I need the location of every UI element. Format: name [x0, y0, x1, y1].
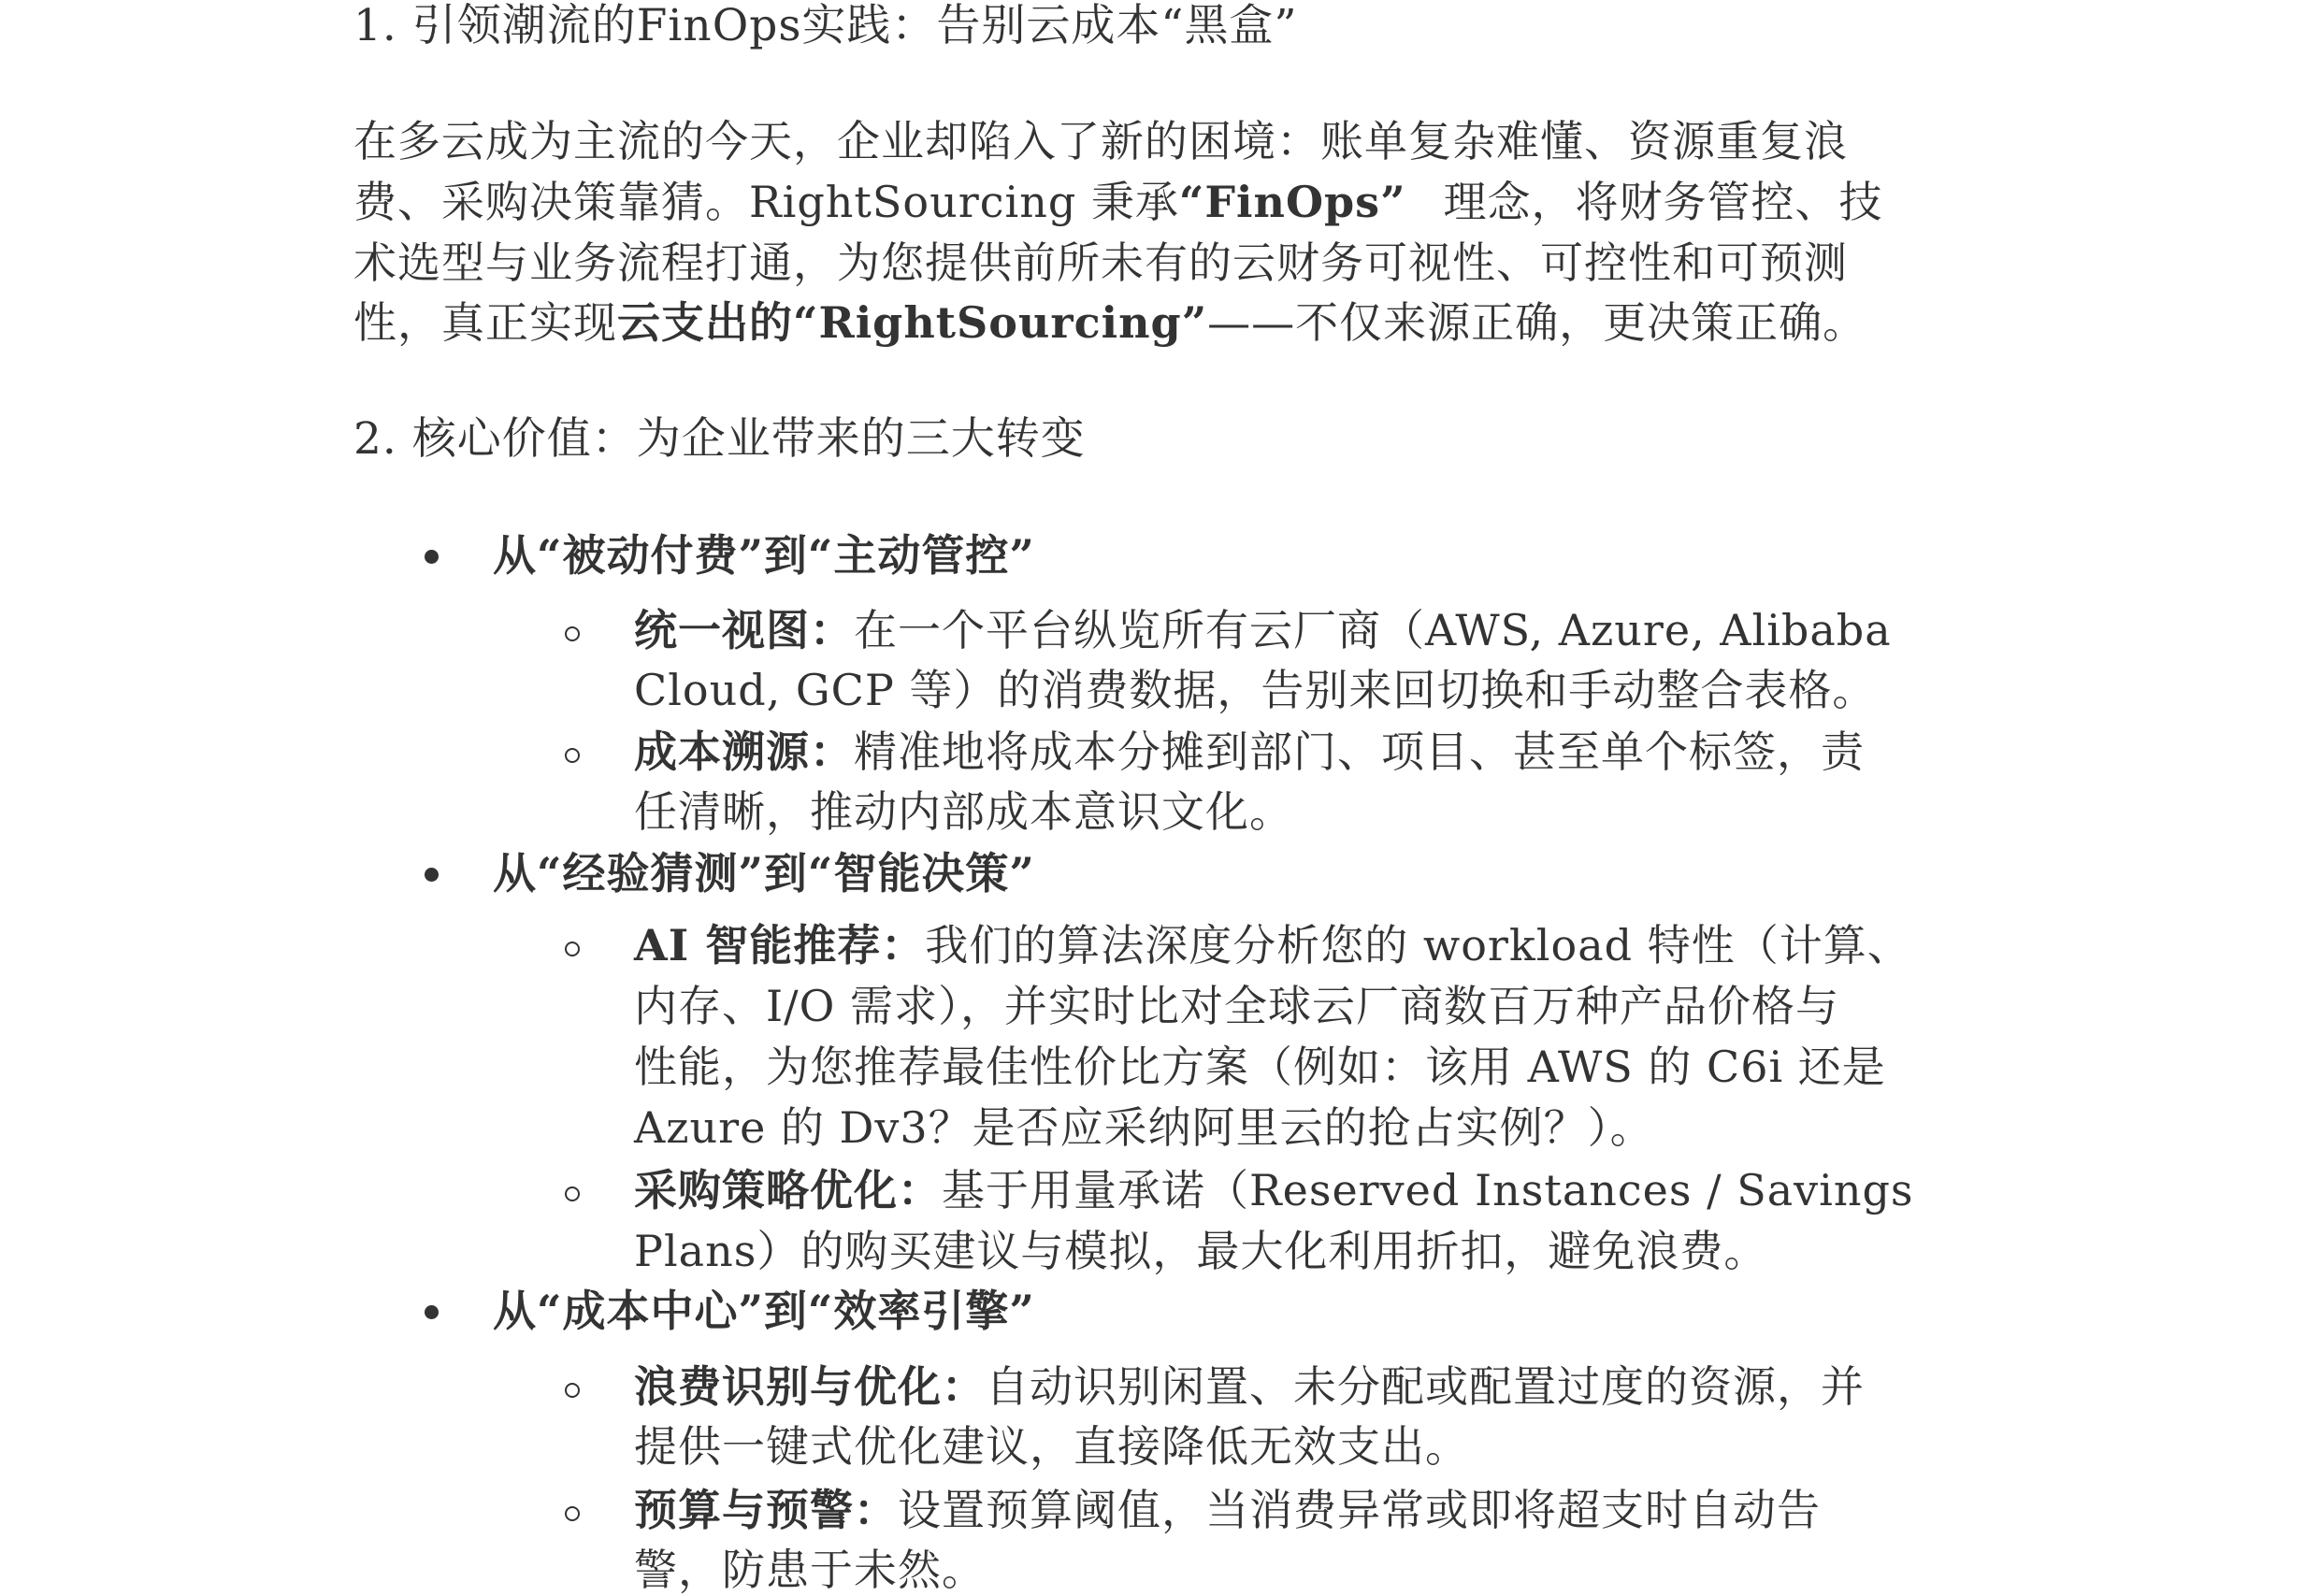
bullet-icon [425, 868, 439, 882]
paragraph-text: ——不仅来源正确，更决策正确。 [1207, 297, 1866, 348]
sub-item-continuation: 提供一键式优化建议，直接降低无效支出。 [634, 1416, 1469, 1476]
document-page: 1. 引领潮流的FinOps实践：告别云成本“黑盒” 在多云成为主流的今天，企业… [0, 0, 2320, 1596]
sub-item-continuation: 性能，为您推荐最佳性价比方案（例如：该用 AWS 的 C6i 还是 [634, 1037, 1886, 1097]
sub-bullet-icon [565, 1186, 580, 1201]
sub-item-label: 成本溯源： [634, 726, 854, 777]
sub-item-label: 预算与预警： [634, 1485, 898, 1535]
paragraph-line-3: 术选型与业务流程打通，为您提供前所未有的云财务可视性、可控性和可预测 [353, 233, 1848, 293]
paragraph-emphasis-finops: “FinOps” [1179, 177, 1406, 227]
sub-item-text: 基于用量承诺（Reserved Instances / Savings [942, 1165, 1914, 1215]
paragraph-text: 理念，将财务管控、技 [1444, 177, 1883, 227]
sub-item-cost-tracing: 成本溯源：精准地将成本分摊到部门、项目、甚至单个标签，责 [634, 722, 1865, 782]
paragraph-text: 性，真正实现 [353, 297, 617, 348]
sub-item-continuation: Azure 的 Dv3？是否应采纳阿里云的抢占实例？）。 [634, 1098, 1654, 1157]
section-1-heading: 1. 引领潮流的FinOps实践：告别云成本“黑盒” [353, 0, 1298, 56]
sub-item-label: 统一视图： [634, 605, 854, 655]
sub-item-unified-view: 统一视图：在一个平台纵览所有云厂商（AWS, Azure, Alibaba [634, 600, 1892, 660]
sub-item-label: 采购策略优化： [634, 1165, 942, 1215]
paragraph-text: 在多云成为主流的今天，企业却陷入了新的困境：账单复杂难懂、资源重复浪 [353, 116, 1848, 166]
sub-item-continuation: 任清晰，推动内部成本意识文化。 [634, 782, 1293, 841]
sub-item-budget-alert: 预算与预警：设置预算阈值，当消费异常或即将超支时自动告 [634, 1480, 1821, 1540]
sub-item-text: 设置预算阈值，当消费异常或即将超支时自动告 [898, 1485, 1821, 1535]
paragraph-line-1: 在多云成为主流的今天，企业却陷入了新的困境：账单复杂难懂、资源重复浪 [353, 111, 1848, 171]
sub-item-continuation: 警，防患于未然。 [634, 1540, 986, 1596]
paragraph-text: 术选型与业务流程打通，为您提供前所未有的云财务可视性、可控性和可预测 [353, 237, 1848, 288]
sub-item-continuation: Plans）的购买建议与模拟，最大化利用折扣，避免浪费。 [634, 1221, 1767, 1281]
bullet-title-1: 从“被动付费”到“主动管控” [493, 525, 1035, 585]
sub-bullet-icon [565, 748, 580, 763]
sub-item-ai-recommendation: AI 智能推荐：我们的算法深度分析您的 workload 特性（计算、 [634, 915, 1911, 975]
sub-item-continuation: 内存、I/O 需求），并实时比对全球云厂商数百万种产品价格与 [634, 976, 1839, 1036]
sub-item-text: 我们的算法深度分析您的 workload 特性（计算、 [925, 920, 1910, 971]
bullet-icon [425, 550, 439, 564]
bullet-title-2: 从“经验猜测”到“智能决策” [493, 843, 1035, 903]
sub-item-label: AI 智能推荐： [634, 920, 925, 971]
sub-item-continuation: Cloud, GCP 等）的消费数据，告别来回切换和手动整合表格。 [634, 660, 1876, 720]
sub-bullet-icon [565, 1506, 580, 1521]
sub-item-text: 在一个平台纵览所有云厂商（AWS, Azure, Alibaba [854, 605, 1892, 655]
sub-item-waste-identification: 浪费识别与优化：自动识别闲置、未分配或配置过度的资源，并 [634, 1357, 1865, 1416]
sub-bullet-icon [565, 1383, 580, 1398]
paragraph-text: 费、采购决策靠猜。RightSourcing 秉承 [353, 177, 1179, 227]
sub-bullet-icon [565, 626, 580, 641]
section-2-heading: 2. 核心价值：为企业带来的三大转变 [353, 410, 1086, 469]
paragraph-line-4: 性，真正实现云支出的“RightSourcing”——不仅来源正确，更决策正确。 [353, 293, 1866, 352]
paragraph-emphasis-rightsourcing: 云支出的“RightSourcing” [617, 297, 1207, 348]
bullet-icon [425, 1305, 439, 1319]
sub-bullet-icon [565, 942, 580, 956]
paragraph-line-2: 费、采购决策靠猜。RightSourcing 秉承“FinOps”理念，将财务管… [353, 172, 1883, 232]
bullet-title-3: 从“成本中心”到“效率引擎” [493, 1281, 1035, 1341]
sub-item-label: 浪费识别与优化： [634, 1361, 986, 1412]
sub-item-text: 精准地将成本分摊到部门、项目、甚至单个标签，责 [854, 726, 1865, 777]
sub-item-text: 自动识别闲置、未分配或配置过度的资源，并 [986, 1361, 1865, 1412]
sub-item-procurement-strategy: 采购策略优化：基于用量承诺（Reserved Instances / Savin… [634, 1160, 1914, 1220]
